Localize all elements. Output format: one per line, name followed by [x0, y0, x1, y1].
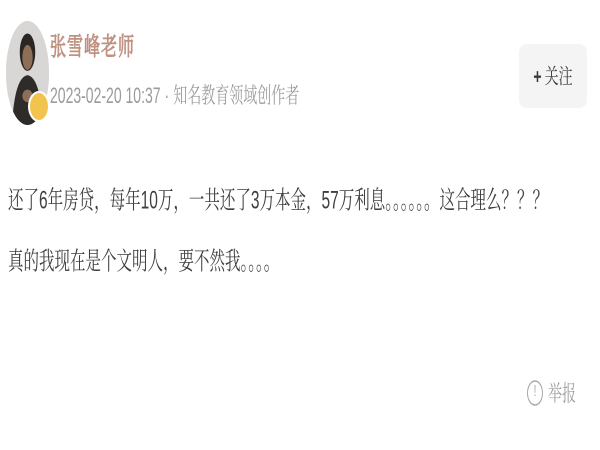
author-title: 知名教育领域创作者: [173, 82, 299, 108]
follow-button-content: +关注: [533, 61, 572, 91]
report-button[interactable]: ! 举报: [527, 377, 576, 409]
post-meta: 2023-02-20 10:37·知名教育领域创作者: [50, 79, 299, 111]
follow-button[interactable]: +关注: [519, 44, 587, 108]
post-body: 还了6年房贷，每年10万，一共还了3万本金，57万利息。。。。。。这合理么？？？…: [8, 183, 600, 282]
post-timestamp: 2023-02-20 10:37: [50, 82, 161, 108]
plus-icon: +: [533, 64, 541, 88]
post-card: 张雪峰老师 2023-02-20 10:37·知名教育领域创作者 +关注 还了6…: [0, 0, 600, 450]
report-label: 举报: [548, 377, 576, 409]
meta-separator: ·: [165, 82, 170, 108]
follow-button-label: 关注: [545, 64, 573, 88]
post-text-line: 真的我现在是个文明人，要不然我。。。。: [8, 244, 600, 282]
author-name[interactable]: 张雪峰老师: [50, 27, 135, 63]
post-text-line: 还了6年房贷，每年10万，一共还了3万本金，57万利息。。。。。。这合理么？？？: [8, 183, 600, 221]
verified-badge-icon: [28, 91, 50, 122]
exclamation-circle-icon: !: [527, 380, 543, 406]
